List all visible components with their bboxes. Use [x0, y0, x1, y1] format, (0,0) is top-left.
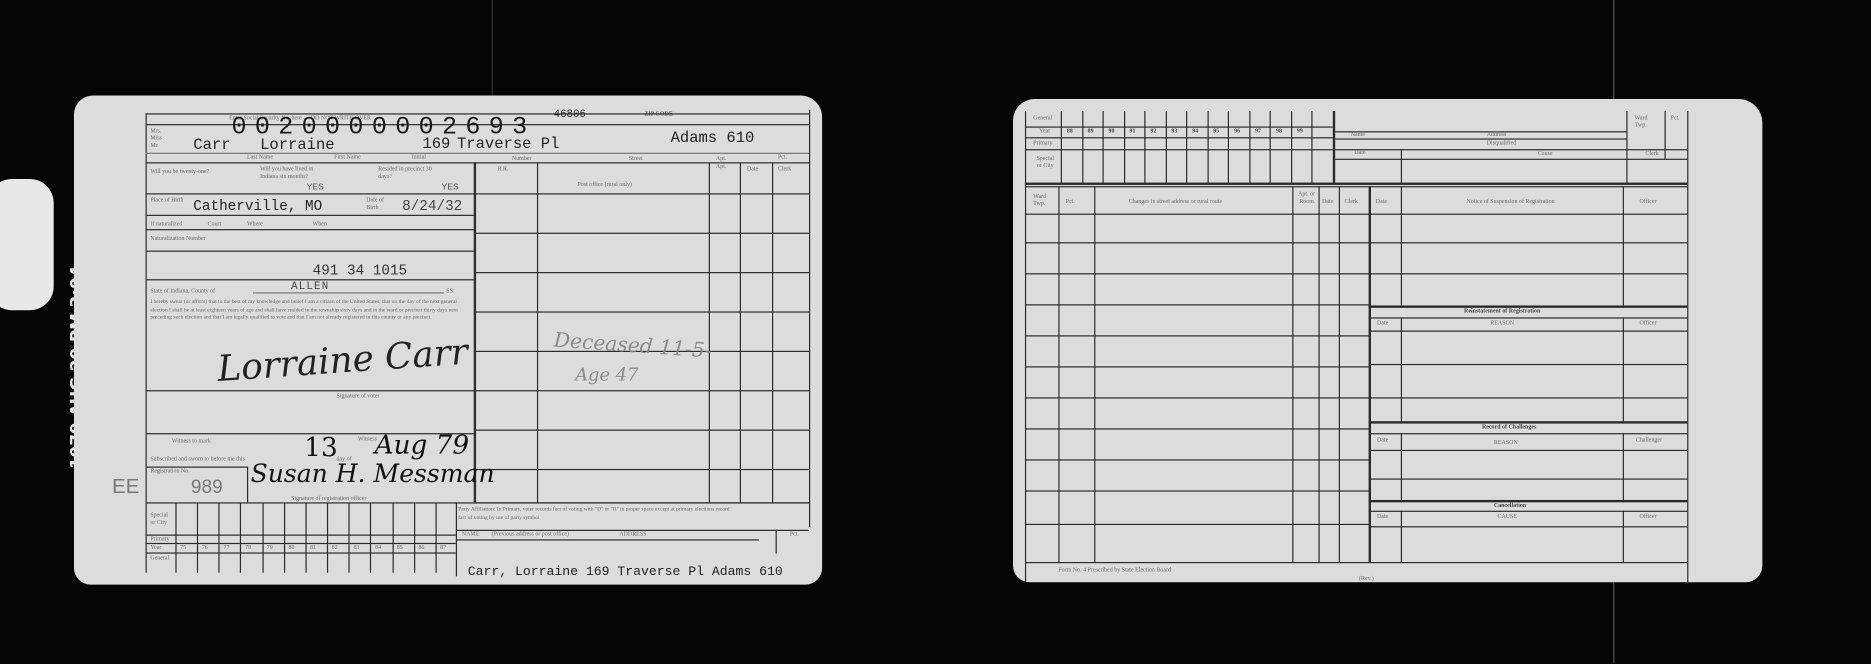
oath-text: I hereby swear (or affirm) that to the b… — [150, 298, 470, 321]
back-year-label: 88 — [1067, 129, 1073, 136]
header-changes: Changes in street address or rural route — [1129, 199, 1222, 206]
film-scratch — [492, 0, 493, 101]
label-name: NAME — [462, 532, 480, 539]
front-year-column: 87 — [435, 504, 457, 573]
header-ward-twp: Ward Twp. — [1033, 194, 1054, 208]
label-special-back: Special or City — [1033, 156, 1057, 170]
answer-1: YES — [307, 183, 324, 194]
label-pct: Pct. — [778, 155, 787, 162]
label-lived-question: Will you have lived in Indiana six month… — [260, 167, 332, 181]
house-number-value: 169 — [422, 135, 450, 153]
front-year-column: 75 — [175, 504, 197, 573]
back-year-column: 98 — [1270, 111, 1291, 183]
back-year-column: 90 — [1103, 111, 1124, 183]
front-year-column: 77 — [219, 504, 241, 573]
party-affiliation-note: Party Affiliation: In Primary, voter rec… — [458, 506, 738, 522]
header-notice-suspension: Notice of Suspension of Registration — [1466, 199, 1554, 206]
front-year-label: 76 — [202, 545, 208, 552]
footer-name-line: Carr, Lorraine 169 Traverse Pl Adams 610 — [468, 566, 783, 580]
officer-signature: Susan H. Messman — [251, 459, 495, 488]
label-ss: SS: — [446, 289, 454, 296]
back-year-column: 96 — [1228, 111, 1249, 183]
front-year-label: 79 — [267, 545, 273, 552]
reinstatement-header-reason: REASON — [1490, 321, 1514, 328]
front-year-label: 78 — [245, 545, 251, 552]
label-place-of-birth: Place of Birth — [150, 198, 183, 205]
challenges-header-reason: REASON — [1494, 440, 1518, 447]
label-pct-top: Pct. — [1670, 116, 1679, 123]
cancellation-header-date: Date — [1377, 514, 1388, 521]
label-naturalization-number: Naturalization Number — [150, 236, 205, 243]
label-court: Court — [208, 222, 222, 229]
front-year-column: 83 — [349, 504, 371, 573]
cancellation-header-officer: Officer — [1639, 514, 1656, 521]
front-year-column: 85 — [392, 504, 414, 573]
label-state-county: State of Indiana, County of — [150, 289, 215, 296]
back-year-label: 89 — [1088, 129, 1094, 136]
header-clerk: Clerk — [1345, 199, 1358, 206]
label-last-name: Last Name — [247, 155, 273, 162]
back-year-label: 93 — [1171, 129, 1177, 136]
back-year-label: 96 — [1234, 129, 1240, 136]
back-year-label: 99 — [1297, 129, 1303, 136]
label-when: When — [313, 222, 327, 229]
precinct-value: Adams 610 — [671, 129, 755, 147]
film-edge-artifact — [0, 179, 54, 310]
label-clerk-back: Clerk — [1645, 152, 1658, 159]
header-date-1: Date — [1322, 199, 1333, 206]
front-year-column: 86 — [414, 504, 436, 573]
birth-place-value: Catherville, MO — [193, 198, 322, 215]
reinstatement-header-officer: Officer — [1639, 321, 1656, 328]
front-year-label: 85 — [397, 545, 403, 552]
header-date-2: Date — [1376, 199, 1387, 206]
zip-code-value: 46806 — [554, 109, 586, 121]
label-disqualified: Disqualified — [1487, 141, 1516, 148]
label-general: General — [150, 556, 169, 563]
front-year-label: 75 — [180, 545, 186, 552]
label-previous-address: (Previous address or post office) — [492, 532, 569, 539]
front-year-column: 79 — [262, 504, 284, 573]
reinstatement-header-date: Date — [1377, 321, 1388, 328]
first-name-value: Lorraine — [260, 136, 334, 154]
label-date-back: Date — [1354, 150, 1365, 157]
back-year-column: 91 — [1124, 111, 1145, 183]
front-year-column: 78 — [240, 504, 262, 573]
front-year-column: 84 — [370, 504, 392, 573]
front-election-years-row: 75767778798081828384858687 — [175, 504, 457, 573]
zip-code-label: ZIP CODE — [644, 112, 672, 119]
header-pct: Pct. — [1066, 199, 1075, 206]
microfilm-frame: 1979 AUG 20 PM 3:04 Social Security No. … — [0, 0, 1871, 663]
challenges-title: Record of Challenges — [1482, 425, 1536, 432]
back-year-column: 99 — [1291, 111, 1312, 183]
back-year-column: 94 — [1186, 111, 1207, 183]
street-value: Traverse Pl — [457, 135, 559, 153]
challenges-header-date: Date — [1377, 438, 1388, 445]
age-note: Age 47 — [575, 364, 638, 385]
label-cause-back: Cause — [1538, 152, 1553, 159]
challenges-header-challenger: Challenger — [1636, 438, 1662, 445]
label-address: ADDRESS — [619, 532, 646, 539]
label-witness-mark: Witness to mark — [172, 439, 211, 446]
front-year-label: 87 — [440, 545, 446, 552]
label-ward-twp-top: Ward Twp. — [1635, 116, 1659, 130]
back-year-label: 94 — [1192, 129, 1198, 136]
front-year-column: 82 — [327, 504, 349, 573]
back-year-label: 98 — [1276, 129, 1282, 136]
front-year-label: 80 — [288, 545, 294, 552]
back-year-column: 97 — [1249, 111, 1270, 183]
header-officer: Officer — [1639, 199, 1656, 206]
sworn-month-year: Aug 79 — [375, 431, 469, 461]
back-year-column — [1312, 111, 1333, 183]
header-apt-room: Apt. or Room — [1296, 192, 1317, 206]
front-year-column: 80 — [284, 504, 306, 573]
last-name-value: Carr — [193, 136, 230, 154]
back-year-label: 97 — [1255, 129, 1261, 136]
label-general-back: General — [1033, 116, 1052, 123]
label-citizen-question: Will you be twenty-one? — [150, 169, 209, 176]
ee-code: EE — [112, 475, 139, 499]
label-date: Date — [747, 167, 758, 174]
front-year-label: 83 — [353, 545, 359, 552]
label-subscribed: Subscribed and sworn to before me this — [150, 457, 244, 464]
birth-date-value: 8/24/32 — [402, 198, 462, 215]
label-post-office: Post office (rural only) — [578, 183, 632, 190]
back-year-column: 92 — [1144, 111, 1165, 183]
salutation-mr: Mr. — [150, 143, 158, 150]
label-rr: R.R. — [498, 167, 509, 174]
front-year-column: 76 — [197, 504, 219, 573]
back-year-label: 95 — [1213, 129, 1219, 136]
back-year-column: 95 — [1207, 111, 1228, 183]
label-where: Where — [247, 222, 263, 229]
label-clerk: Clerk — [778, 167, 791, 174]
label-date-of-birth: Date of Birth — [366, 198, 392, 212]
label-special-or-city: Special or City — [150, 513, 174, 527]
reinstatement-title: Reinstatement of Registration — [1464, 309, 1540, 316]
back-year-column: 93 — [1165, 111, 1186, 183]
back-year-column: 88 — [1061, 111, 1082, 183]
label-resided-question: Resided in precinct 30 days? — [378, 167, 444, 181]
voter-signature: Lorraine Carr — [216, 331, 469, 390]
label-apt-2: Apt. — [716, 165, 726, 172]
front-year-label: 81 — [310, 545, 316, 552]
footer-form-number: Form No. 4 Prescribed by State Election … — [1058, 568, 1171, 575]
front-year-label: 82 — [332, 545, 338, 552]
front-year-label: 84 — [375, 545, 381, 552]
salutation-miss: Miss — [150, 136, 162, 143]
county-value: ALLEN — [291, 280, 329, 292]
registration-number-value: 989 — [191, 477, 223, 498]
footer-rev: (Rev.) — [1359, 576, 1374, 582]
label-first-name: First Name — [334, 155, 361, 162]
back-year-label: 90 — [1109, 129, 1115, 136]
front-year-column: 81 — [305, 504, 327, 573]
label-initial: Initial — [412, 155, 426, 162]
back-election-years-row: 888990919293949596979899 — [1061, 111, 1333, 183]
front-year-label: 86 — [418, 545, 424, 552]
label-pct-bottom: Pct. — [790, 532, 799, 539]
front-year-label: 77 — [223, 545, 229, 552]
back-year-label: 91 — [1129, 129, 1135, 136]
front-registration-card: EE Enter Social Security No. here — DO N… — [74, 95, 822, 584]
label-signature-voter: Signature of voter — [336, 394, 379, 401]
answer-2: YES — [441, 183, 458, 194]
label-naturalized: If naturalized — [150, 222, 182, 229]
label-primary-back: Primary — [1033, 141, 1052, 148]
deceased-note: Deceased 11-5- — [553, 329, 712, 364]
salutation-mrs: Mrs. — [150, 129, 161, 136]
cancellation-header-cause: CAUSE — [1497, 514, 1517, 521]
back-year-label: 92 — [1150, 129, 1156, 136]
cancellation-title: Cancellation — [1494, 504, 1526, 511]
label-year: Year — [150, 545, 161, 552]
ssn-value: 491 34 1015 — [313, 263, 408, 280]
label-registration-no: Registration No. — [150, 469, 189, 476]
label-year-back: Year — [1039, 129, 1050, 136]
back-registration-card: General Year Primary Special or City 888… — [1013, 99, 1762, 582]
back-year-column: 89 — [1082, 111, 1103, 183]
